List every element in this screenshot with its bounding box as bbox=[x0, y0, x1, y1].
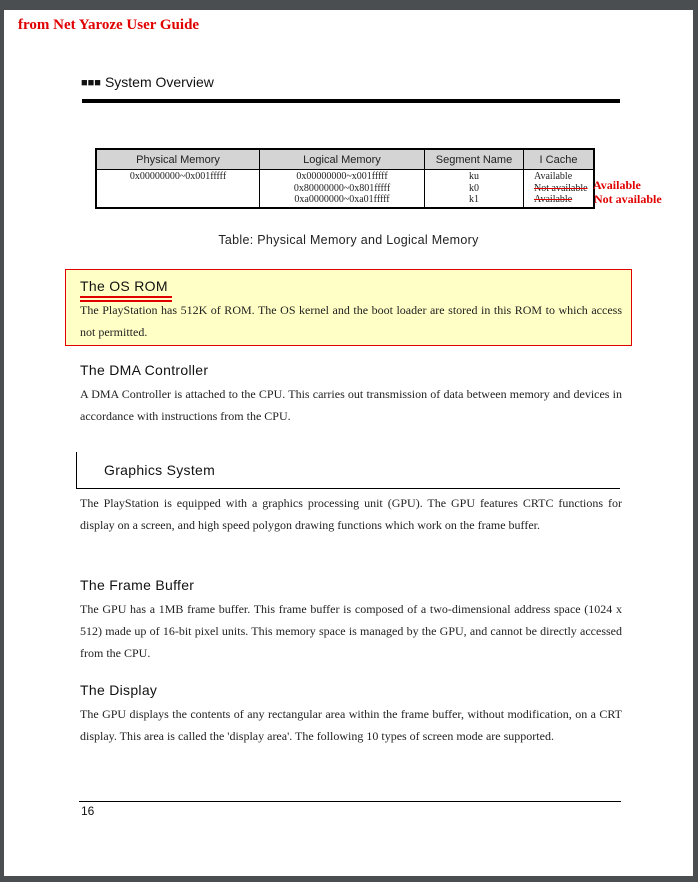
section-header: ■■■System Overview bbox=[81, 74, 214, 90]
section-title: System Overview bbox=[105, 74, 214, 90]
paragraph-graphics: The PlayStation is equipped with a graph… bbox=[80, 492, 622, 536]
cell-icache: Available Not available Available bbox=[524, 170, 595, 208]
page-number: 16 bbox=[81, 804, 94, 818]
graphics-left-bar bbox=[76, 452, 77, 488]
section-rule bbox=[82, 99, 620, 103]
paragraph-os-rom: The PlayStation has 512K of ROM. The OS … bbox=[80, 299, 622, 343]
cell-logical: 0x00000000~x001fffff 0x80000000~0x801fff… bbox=[260, 170, 425, 208]
cell-segment: ku k0 k1 bbox=[425, 170, 524, 208]
paragraph-display: The GPU displays the contents of any rec… bbox=[80, 703, 622, 747]
struck-value: Available bbox=[534, 194, 593, 206]
section-marker-icon: ■■■ bbox=[81, 77, 101, 89]
correction-k0: Available bbox=[593, 178, 641, 193]
header-segment-name: Segment Name bbox=[425, 149, 524, 170]
header-i-cache: I Cache bbox=[524, 149, 595, 170]
footer-rule bbox=[79, 801, 621, 802]
graphics-rule bbox=[76, 488, 620, 489]
heading-graphics-system: Graphics System bbox=[104, 462, 215, 478]
header-physical-memory: Physical Memory bbox=[96, 149, 260, 170]
header-logical-memory: Logical Memory bbox=[260, 149, 425, 170]
struck-value: Not available bbox=[534, 183, 593, 195]
paragraph-frame-buffer: The GPU has a 1MB frame buffer. This fra… bbox=[80, 598, 622, 664]
heading-frame-buffer: The Frame Buffer bbox=[80, 577, 194, 593]
table-caption: Table: Physical Memory and Logical Memor… bbox=[4, 233, 693, 247]
heading-dma: The DMA Controller bbox=[80, 362, 208, 378]
heading-os-rom: The OS ROM bbox=[80, 278, 168, 294]
document-page: from Net Yaroze User Guide ■■■System Ove… bbox=[4, 10, 693, 876]
cell-physical: 0x00000000~0x001fffff bbox=[96, 170, 260, 208]
memory-table: Physical Memory Logical Memory Segment N… bbox=[95, 148, 595, 209]
heading-display: The Display bbox=[80, 682, 157, 698]
correction-k1: Not available bbox=[594, 192, 662, 207]
paragraph-dma: A DMA Controller is attached to the CPU.… bbox=[80, 383, 622, 427]
table-row: 0x00000000~0x001fffff 0x00000000~x001fff… bbox=[96, 170, 594, 208]
annotation-title: from Net Yaroze User Guide bbox=[18, 17, 199, 34]
table-header-row: Physical Memory Logical Memory Segment N… bbox=[96, 149, 594, 170]
